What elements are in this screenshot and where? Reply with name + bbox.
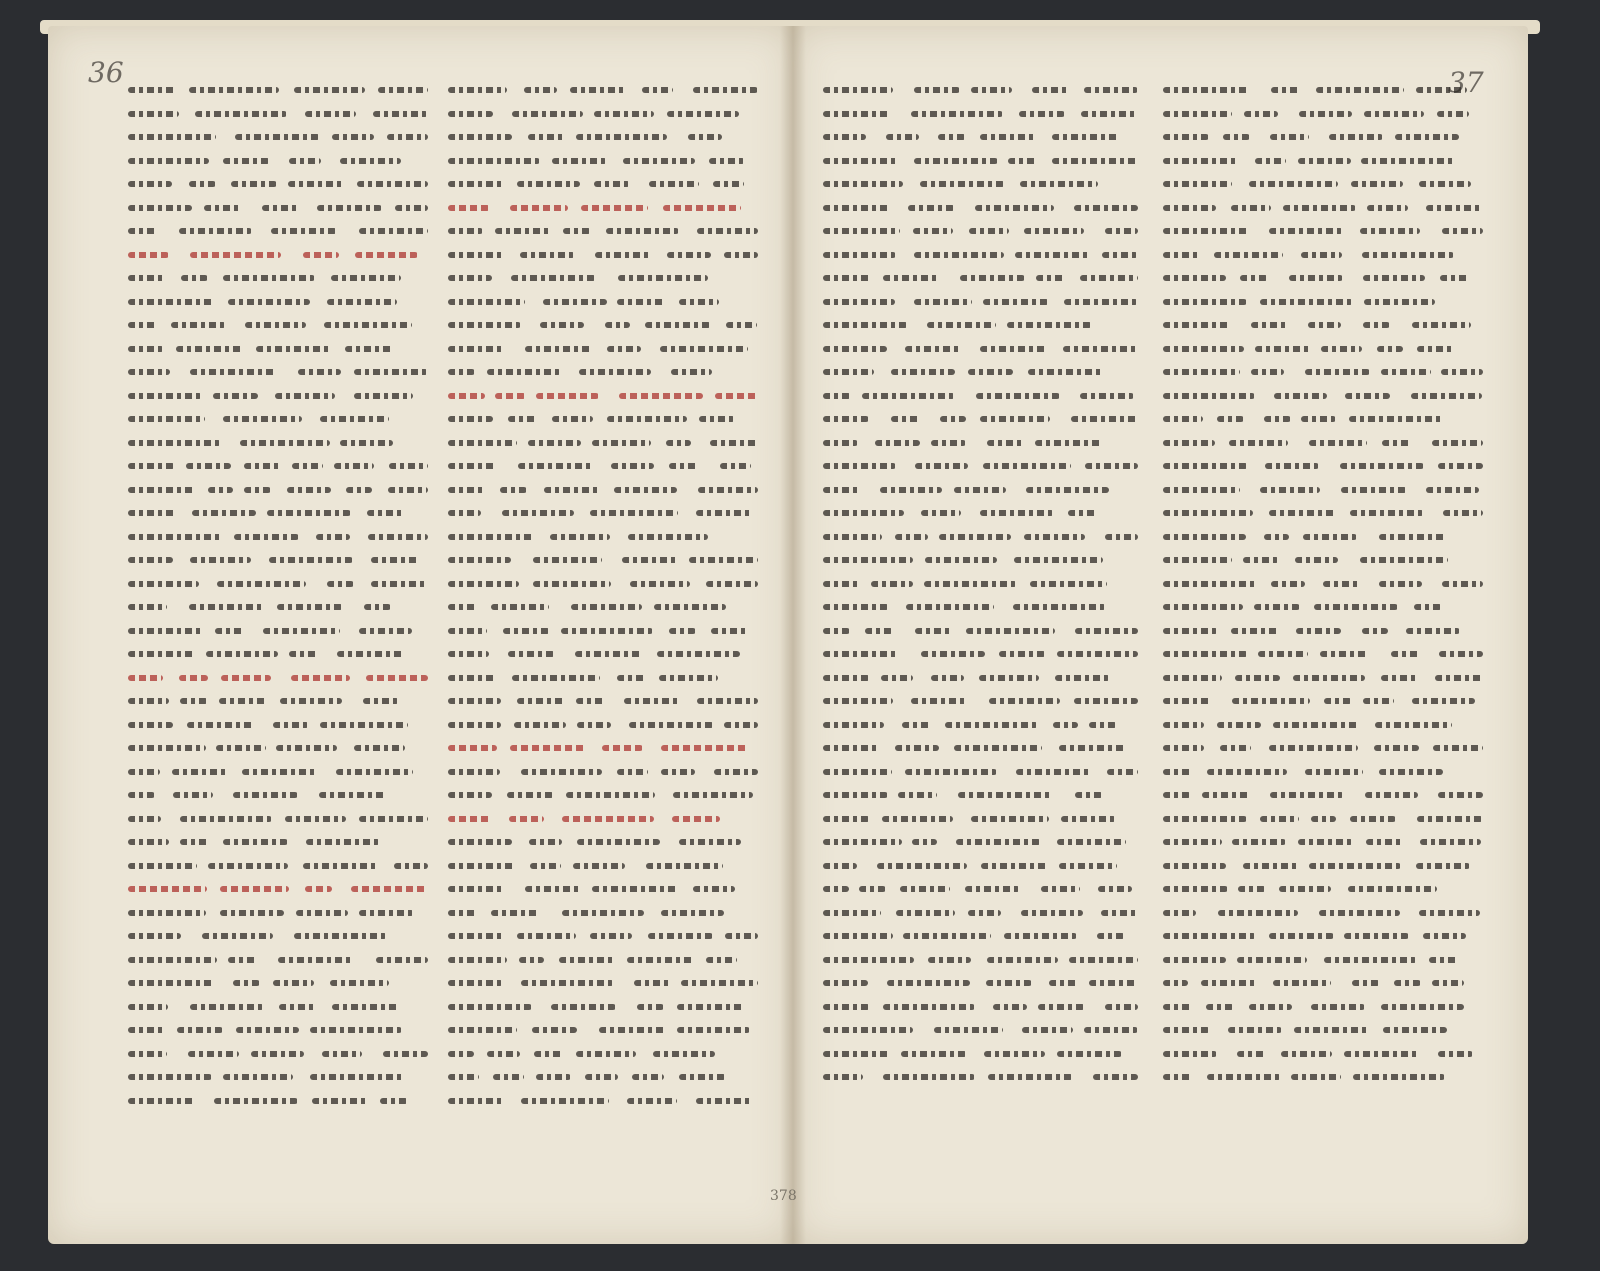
manuscript-line xyxy=(128,1090,428,1111)
manuscript-line xyxy=(823,267,1138,288)
manuscript-line xyxy=(128,925,428,946)
manuscript-line xyxy=(1163,714,1483,735)
manuscript-line xyxy=(823,573,1138,594)
manuscript-line xyxy=(823,831,1138,852)
manuscript-line xyxy=(128,784,428,805)
manuscript-line xyxy=(1163,314,1483,335)
manuscript-line xyxy=(1163,267,1483,288)
manuscript-line xyxy=(128,479,428,500)
manuscript-line xyxy=(448,808,758,829)
manuscript-line xyxy=(448,902,758,923)
manuscript-line xyxy=(128,549,428,570)
manuscript-line xyxy=(823,902,1138,923)
manuscript-line xyxy=(128,902,428,923)
manuscript-line xyxy=(1163,455,1483,476)
manuscript-line xyxy=(823,643,1138,664)
manuscript-line xyxy=(448,1043,758,1064)
manuscript-line xyxy=(448,173,758,194)
left-page: 36 xyxy=(48,26,793,1244)
manuscript-line xyxy=(128,643,428,664)
manuscript-line xyxy=(1163,855,1483,876)
manuscript-line xyxy=(1163,878,1483,899)
manuscript-line xyxy=(823,126,1138,147)
manuscript-line xyxy=(823,197,1138,218)
manuscript-line xyxy=(448,855,758,876)
manuscript-line xyxy=(448,573,758,594)
manuscript-line xyxy=(448,197,758,218)
manuscript-line xyxy=(448,103,758,124)
manuscript-line xyxy=(448,949,758,970)
manuscript-line xyxy=(1163,620,1483,641)
manuscript-line xyxy=(448,1066,758,1087)
manuscript-line xyxy=(448,549,758,570)
manuscript-line xyxy=(823,784,1138,805)
manuscript-line xyxy=(128,220,428,241)
manuscript-line xyxy=(823,432,1138,453)
manuscript-line xyxy=(1163,291,1483,312)
manuscript-line xyxy=(823,596,1138,617)
manuscript-line xyxy=(1163,831,1483,852)
right-page-column-1 xyxy=(823,76,1138,1090)
manuscript-line xyxy=(128,1019,428,1040)
manuscript-line xyxy=(448,408,758,429)
manuscript-line xyxy=(823,996,1138,1017)
manuscript-line xyxy=(448,126,758,147)
left-page-column-2 xyxy=(448,76,758,1113)
manuscript-line xyxy=(1163,197,1483,218)
manuscript-line xyxy=(823,925,1138,946)
manuscript-line xyxy=(1163,361,1483,382)
manuscript-line xyxy=(448,479,758,500)
manuscript-line xyxy=(1163,1066,1483,1087)
manuscript-line xyxy=(448,244,758,265)
manuscript-line xyxy=(823,690,1138,711)
manuscript-line xyxy=(823,878,1138,899)
manuscript-line xyxy=(1163,573,1483,594)
manuscript-line xyxy=(1163,79,1483,100)
manuscript-line xyxy=(1163,103,1483,124)
manuscript-line xyxy=(823,737,1138,758)
manuscript-line xyxy=(448,878,758,899)
manuscript-line xyxy=(1163,244,1483,265)
manuscript-line xyxy=(1163,925,1483,946)
manuscript-line xyxy=(823,408,1138,429)
manuscript-line xyxy=(1163,432,1483,453)
manuscript-line xyxy=(1163,1019,1483,1040)
manuscript-line xyxy=(1163,784,1483,805)
manuscript-line xyxy=(823,972,1138,993)
manuscript-line xyxy=(823,526,1138,547)
manuscript-line xyxy=(1163,338,1483,359)
manuscript-line xyxy=(823,855,1138,876)
manuscript-line xyxy=(448,620,758,641)
manuscript-line xyxy=(448,761,758,782)
manuscript-line xyxy=(448,784,758,805)
manuscript-line xyxy=(128,432,428,453)
right-page-column-2 xyxy=(1163,76,1483,1090)
manuscript-line xyxy=(128,150,428,171)
manuscript-line xyxy=(823,667,1138,688)
manuscript-line xyxy=(1163,737,1483,758)
manuscript-line xyxy=(823,338,1138,359)
manuscript-line xyxy=(1163,667,1483,688)
manuscript-line xyxy=(128,526,428,547)
book-gutter xyxy=(780,26,806,1244)
manuscript-line xyxy=(128,596,428,617)
manuscript-line xyxy=(823,150,1138,171)
manuscript-line xyxy=(823,761,1138,782)
manuscript-line xyxy=(128,455,428,476)
manuscript-line xyxy=(823,479,1138,500)
manuscript-line xyxy=(128,103,428,124)
manuscript-spread: 36 37 xyxy=(40,26,1540,1244)
manuscript-line xyxy=(448,831,758,852)
manuscript-line xyxy=(448,714,758,735)
manuscript-line xyxy=(128,314,428,335)
manuscript-line xyxy=(1163,761,1483,782)
manuscript-line xyxy=(823,714,1138,735)
manuscript-line xyxy=(128,385,428,406)
manuscript-line xyxy=(1163,690,1483,711)
manuscript-line xyxy=(1163,643,1483,664)
manuscript-line xyxy=(1163,126,1483,147)
manuscript-line xyxy=(128,267,428,288)
manuscript-line xyxy=(823,455,1138,476)
manuscript-line xyxy=(128,855,428,876)
manuscript-line xyxy=(448,361,758,382)
manuscript-line xyxy=(448,220,758,241)
manuscript-line xyxy=(1163,479,1483,500)
manuscript-line xyxy=(823,291,1138,312)
manuscript-line xyxy=(1163,902,1483,923)
manuscript-line xyxy=(128,126,428,147)
manuscript-line xyxy=(823,808,1138,829)
manuscript-line xyxy=(823,220,1138,241)
manuscript-line xyxy=(128,878,428,899)
manuscript-line xyxy=(128,761,428,782)
manuscript-line xyxy=(448,1019,758,1040)
manuscript-line xyxy=(1163,596,1483,617)
manuscript-line xyxy=(128,408,428,429)
left-page-column-1 xyxy=(128,76,428,1113)
manuscript-line xyxy=(128,737,428,758)
manuscript-line xyxy=(823,244,1138,265)
manuscript-line xyxy=(823,314,1138,335)
manuscript-line xyxy=(128,972,428,993)
manuscript-line xyxy=(823,1019,1138,1040)
manuscript-line xyxy=(128,573,428,594)
manuscript-line xyxy=(823,79,1138,100)
manuscript-line xyxy=(448,737,758,758)
manuscript-line xyxy=(1163,408,1483,429)
manuscript-line xyxy=(448,526,758,547)
manuscript-line xyxy=(1163,220,1483,241)
manuscript-line xyxy=(128,291,428,312)
manuscript-line xyxy=(823,1066,1138,1087)
manuscript-line xyxy=(823,620,1138,641)
manuscript-line xyxy=(823,361,1138,382)
right-page: 37 xyxy=(793,26,1528,1244)
manuscript-line xyxy=(448,690,758,711)
manuscript-line xyxy=(128,808,428,829)
manuscript-line xyxy=(128,1043,428,1064)
manuscript-line xyxy=(448,79,758,100)
manuscript-line xyxy=(1163,549,1483,570)
manuscript-line xyxy=(448,455,758,476)
manuscript-line xyxy=(128,338,428,359)
manuscript-line xyxy=(448,291,758,312)
manuscript-line xyxy=(128,79,428,100)
manuscript-line xyxy=(448,502,758,523)
manuscript-line xyxy=(1163,996,1483,1017)
manuscript-line xyxy=(823,949,1138,970)
manuscript-line xyxy=(128,173,428,194)
manuscript-line xyxy=(448,972,758,993)
manuscript-line xyxy=(448,596,758,617)
manuscript-line xyxy=(448,996,758,1017)
manuscript-line xyxy=(1163,526,1483,547)
manuscript-line xyxy=(1163,972,1483,993)
manuscript-line xyxy=(128,949,428,970)
manuscript-line xyxy=(1163,502,1483,523)
manuscript-line xyxy=(1163,173,1483,194)
manuscript-line xyxy=(128,996,428,1017)
manuscript-line xyxy=(448,1090,758,1111)
manuscript-line xyxy=(128,714,428,735)
manuscript-line xyxy=(128,1066,428,1087)
archive-number: 378 xyxy=(770,1188,797,1204)
manuscript-line xyxy=(1163,385,1483,406)
manuscript-line xyxy=(128,620,428,641)
manuscript-line xyxy=(128,502,428,523)
manuscript-line xyxy=(128,690,428,711)
manuscript-line xyxy=(823,385,1138,406)
manuscript-line xyxy=(448,314,758,335)
manuscript-line xyxy=(1163,808,1483,829)
manuscript-line xyxy=(448,267,758,288)
manuscript-line xyxy=(448,643,758,664)
manuscript-line xyxy=(448,432,758,453)
manuscript-line xyxy=(128,361,428,382)
manuscript-line xyxy=(448,385,758,406)
manuscript-line xyxy=(448,150,758,171)
manuscript-line xyxy=(823,549,1138,570)
manuscript-line xyxy=(823,502,1138,523)
manuscript-line xyxy=(128,244,428,265)
folio-number-left: 36 xyxy=(88,56,124,89)
manuscript-line xyxy=(823,1043,1138,1064)
manuscript-line xyxy=(128,667,428,688)
manuscript-line xyxy=(1163,1043,1483,1064)
manuscript-line xyxy=(823,103,1138,124)
manuscript-line xyxy=(823,173,1138,194)
manuscript-line xyxy=(1163,949,1483,970)
manuscript-line xyxy=(128,197,428,218)
manuscript-line xyxy=(448,667,758,688)
manuscript-line xyxy=(448,925,758,946)
manuscript-line xyxy=(448,338,758,359)
manuscript-line xyxy=(1163,150,1483,171)
manuscript-line xyxy=(128,831,428,852)
